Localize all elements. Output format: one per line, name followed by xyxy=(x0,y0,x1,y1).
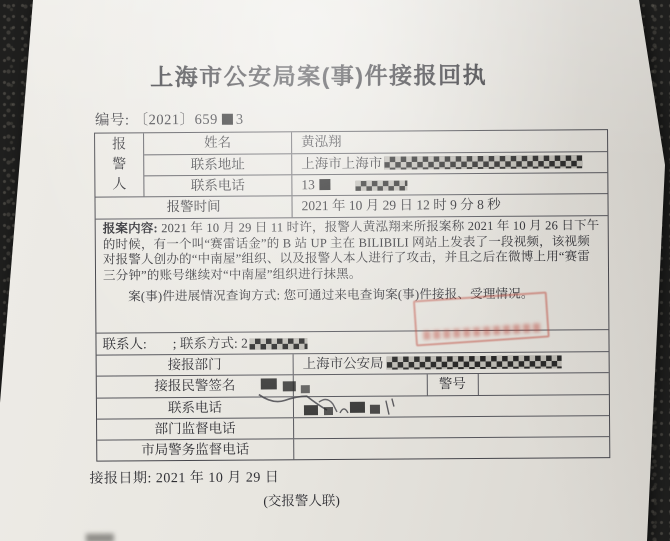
redaction-block xyxy=(222,114,233,125)
document-content: 上海市公安局案(事)件接报回执 编号: 〔2021〕6593 报警人 姓名 黄 xyxy=(0,0,670,541)
badge-number-label: 警号 xyxy=(426,374,478,395)
contact-person-label: 联系人: xyxy=(102,336,146,351)
city-supervision-row: 市局警务监督电话 xyxy=(97,436,609,461)
contact-separator: ; xyxy=(173,336,177,351)
city-supervision-label: 市局警务监督电话 xyxy=(97,439,294,460)
paper-shadow-wrap: 上海市公安局案(事)件接报回执 编号: 〔2021〕6593 报警人 姓名 黄 xyxy=(0,0,670,541)
serial-number-line: 编号: 〔2021〕6593 xyxy=(95,108,244,130)
redaction-mosaic xyxy=(384,155,582,169)
phone-value: 13 xyxy=(292,173,607,195)
contact-method-label: 联系方式: xyxy=(180,336,238,351)
reporter-group-label: 报警人 xyxy=(112,135,127,195)
name-label: 姓名 xyxy=(144,132,292,154)
report-time-row: 报警时间 2021 年 10 月 29 日 12 时 9 分 8 秒 xyxy=(95,193,607,219)
officer-phone-row: 联系电话 xyxy=(97,394,609,419)
officer-signature-area xyxy=(294,374,427,396)
receive-date-value: 2021 年 10 月 29 日 xyxy=(156,470,280,486)
dept-value: 上海市公安局 xyxy=(294,352,609,374)
table-row: 联系地址 上海市上海市 xyxy=(144,151,607,175)
receive-date-line: 接报日期: 2021 年 10 月 29 日 xyxy=(89,466,279,487)
handwritten-phone xyxy=(302,396,462,421)
address-label: 联系地址 xyxy=(144,154,292,175)
receive-date-label: 接报日期: xyxy=(89,471,151,486)
officer-phone-value xyxy=(294,395,609,417)
dept-supervision-label: 部门监督电话 xyxy=(97,418,294,439)
address-value: 上海市上海市 xyxy=(292,152,607,174)
report-time-value: 2021 年 10 月 29 日 12 时 9 分 8 秒 xyxy=(292,194,607,217)
report-content-text: 2021 年 10 月 29 日 11 时许，报警人黄泓翔来所报案称 2021 … xyxy=(103,218,600,282)
document-paper: 上海市公安局案(事)件接报回执 编号: 〔2021〕6593 报警人 姓名 黄 xyxy=(0,0,670,541)
city-supervision-value xyxy=(294,437,609,459)
serial-label: 编号: xyxy=(95,112,130,128)
reporter-group-cell: 报警人 xyxy=(95,133,144,196)
report-content-paragraph: 报案内容: 2021 年 10 月 29 日 11 时许，报警人黄泓翔来所报案称… xyxy=(103,218,601,283)
report-content-label: 报案内容: xyxy=(103,221,158,235)
redaction-block xyxy=(319,179,330,190)
report-time-label: 报警时间 xyxy=(95,196,292,218)
reporter-band: 报警人 姓名 黄泓翔 联系地址 上海市上海市 xyxy=(95,130,607,197)
contact-method-value: 2 xyxy=(241,336,248,351)
dept-label: 接报部门 xyxy=(97,354,294,375)
officer-signature-row: 接报民警签名 警号 xyxy=(97,372,609,398)
serial-value: 〔2021〕659 xyxy=(134,112,218,129)
serial-suffix: 3 xyxy=(236,112,244,128)
badge-number-value xyxy=(478,373,609,395)
redaction-mosaic xyxy=(250,338,308,349)
document-title: 上海市公安局案(事)件接报回执 xyxy=(0,56,639,93)
phone-label: 联系电话 xyxy=(144,175,292,196)
table-row: 姓名 黄泓翔 xyxy=(144,130,607,154)
redaction-mosaic xyxy=(387,355,562,369)
photo-background: 上海市公安局案(事)件接报回执 编号: 〔2021〕6593 报警人 姓名 黄 xyxy=(0,0,670,541)
redaction-mosaic xyxy=(355,180,407,190)
copy-note: (交报警人联) xyxy=(2,487,602,511)
edge-text-smudge xyxy=(86,534,114,541)
dept-row: 接报部门 上海市公安局 xyxy=(97,351,609,376)
table-row: 联系电话 13 xyxy=(144,172,607,196)
red-stamp xyxy=(413,291,550,346)
name-value: 黄泓翔 xyxy=(292,130,607,153)
